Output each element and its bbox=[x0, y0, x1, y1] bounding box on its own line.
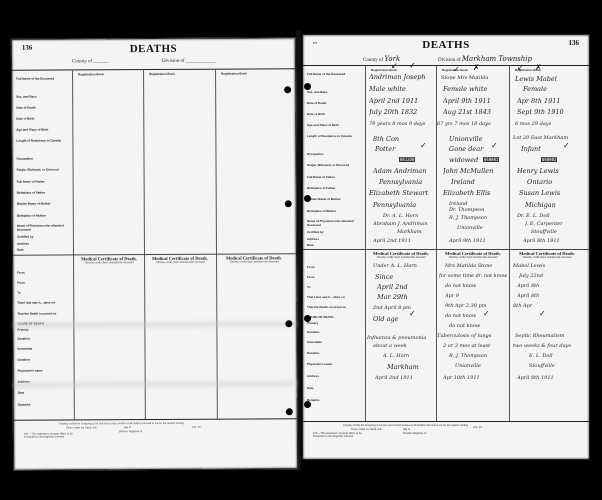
binding-hole bbox=[304, 315, 311, 322]
left-register-page: 136 DEATHS County of ______ Division of … bbox=[11, 37, 298, 470]
column-divider bbox=[365, 65, 366, 421]
footer-rule bbox=[14, 418, 297, 420]
check-mark: ✗ bbox=[535, 63, 542, 72]
column-divider bbox=[143, 69, 146, 419]
certificate-heading: Medical Certificate of Death.I hereby ce… bbox=[367, 251, 435, 259]
certificate-heading: Medical Certificate of Death.I hereby ce… bbox=[511, 251, 583, 259]
page-title: DEATHS bbox=[303, 39, 589, 51]
county-field: County of ______ bbox=[72, 59, 108, 64]
column-divider bbox=[72, 69, 75, 419]
check-mark: ↙ bbox=[391, 61, 398, 70]
check-mark: ✓ bbox=[409, 61, 416, 70]
division-field: Division of ____________ bbox=[162, 59, 216, 64]
binding-hole bbox=[304, 195, 311, 202]
certificate-heading: Medical Certificate of Death.I hereby ce… bbox=[218, 255, 290, 263]
certificate-heading: Medical Certificate of Death.I hereby ce… bbox=[146, 256, 214, 264]
binding-hole bbox=[286, 408, 293, 415]
binding-hole bbox=[304, 401, 311, 408]
check-mark: ✗ bbox=[473, 63, 480, 72]
column-header: Registration Book bbox=[221, 72, 247, 76]
certificate-heading: Medical Certificate of Death.I hereby ce… bbox=[438, 251, 508, 259]
column-header: Registration Book bbox=[78, 72, 104, 76]
column-divider bbox=[215, 69, 218, 419]
page-title: DEATHS bbox=[12, 42, 295, 55]
check-mark: ✓ bbox=[453, 65, 460, 74]
binding-hole bbox=[285, 320, 292, 327]
binding-hole bbox=[285, 200, 292, 207]
certificate-rule bbox=[303, 249, 589, 250]
column-header: Registration Book bbox=[149, 72, 175, 76]
check-mark: ↙ bbox=[517, 63, 524, 72]
right-register-page: ▪▪▪ 136 DEATHS County of York Division o… bbox=[302, 34, 590, 460]
column-divider bbox=[436, 65, 437, 421]
binding-hole bbox=[304, 83, 311, 90]
column-divider bbox=[509, 65, 510, 421]
header-rule bbox=[12, 68, 295, 70]
header-rule bbox=[303, 65, 589, 66]
certificate-heading: Medical Certificate of Death.I hereby ce… bbox=[75, 256, 143, 264]
footer-rule bbox=[303, 421, 589, 422]
division-field: Division of Markham Township bbox=[438, 55, 532, 63]
binding-hole bbox=[284, 86, 291, 93]
